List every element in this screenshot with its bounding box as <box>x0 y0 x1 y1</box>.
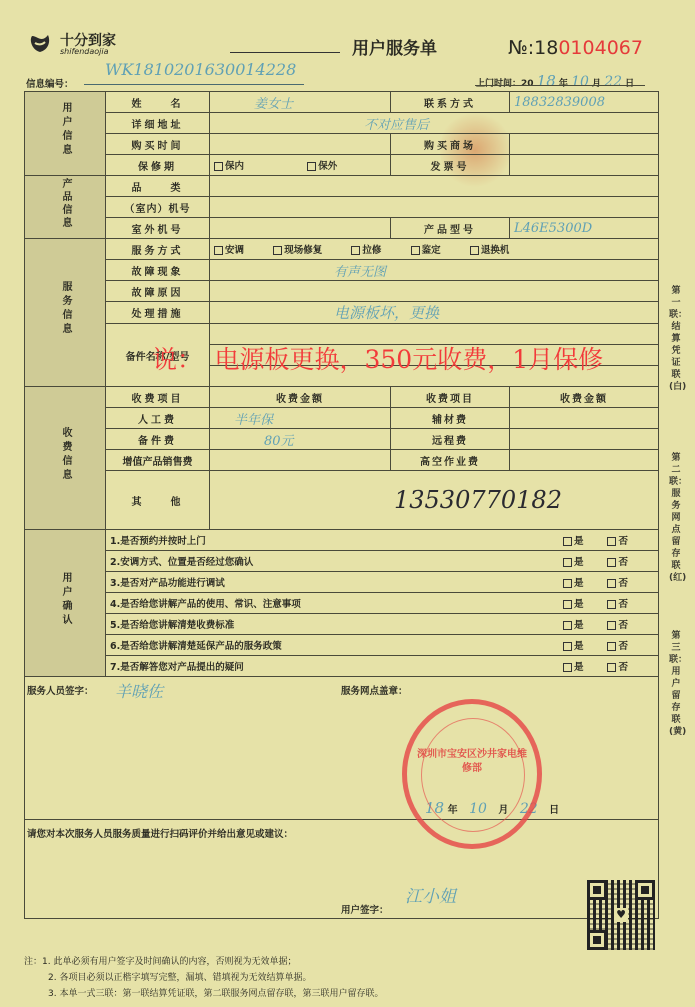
service-form-table: 用户信息 姓 名 姜女士 联系方式 18832839008 详细地址 不对应售后… <box>24 91 659 919</box>
checkbox-icon <box>411 246 420 255</box>
purchase-store-field[interactable] <box>510 134 659 155</box>
confirm-no-2[interactable]: 否 <box>607 557 628 568</box>
confirm-no-6[interactable]: 否 <box>607 641 628 652</box>
section-fee-info: 收费信息 <box>25 387 106 530</box>
vas-fee-field[interactable] <box>210 450 391 471</box>
stamp-text: 深圳市宝安区沙井家电维修部 <box>417 748 527 776</box>
side-label-copy-3: 第三联：用户留存联(黄) <box>669 630 683 738</box>
confirm-row-5: 5.是否给您讲解清楚收费标准是否 <box>106 614 659 635</box>
qr-finder-icon <box>587 930 607 950</box>
section-service-info: 服务信息 <box>25 239 106 387</box>
title-underline <box>230 52 340 53</box>
method-option-2[interactable]: 拉修 <box>351 245 381 256</box>
note-1: 注：1. 此单必须有用户签字及时间确认的内容，否则视为无效单据； <box>24 954 383 970</box>
checkbox-icon <box>563 642 572 651</box>
purchase-time-field[interactable] <box>210 134 391 155</box>
checkbox-icon <box>273 246 282 255</box>
name-field[interactable]: 姜女士 <box>210 92 391 113</box>
qr-finder-icon <box>587 880 607 900</box>
visit-month[interactable]: 10 <box>571 74 589 90</box>
confirm-yes-2[interactable]: 是 <box>563 557 584 568</box>
overlay-note: 说： 电源板更换，350元收费，1月保修 <box>152 340 603 376</box>
method-option-4[interactable]: 退换机 <box>470 245 510 256</box>
heart-icon: ♥ <box>614 908 628 922</box>
checkbox-icon <box>607 579 616 588</box>
confirm-yes-3[interactable]: 是 <box>563 578 584 589</box>
month-label: 月 <box>592 79 601 89</box>
symptom-label: 故障现象 <box>106 260 210 281</box>
confirm-no-3[interactable]: 否 <box>607 578 628 589</box>
warranty-label: 保修期 <box>106 155 210 176</box>
fee-item-header-1: 收费项目 <box>106 387 210 408</box>
indoor-unit-label: （室内）机号 <box>106 197 210 218</box>
method-option-0[interactable]: 安调 <box>214 245 244 256</box>
feedback-prompt: 请您对本次服务人员服务质量进行扫码评价并给出意见或建议： <box>27 826 293 840</box>
checkbox-icon <box>351 246 360 255</box>
side-label-copy-1: 第一联：结算凭证联(白) <box>669 285 683 393</box>
checkbox-icon <box>607 642 616 651</box>
signoff-area: 服务人员签字： 羊晓佐 服务网点盖章： 18 年 10 月 22 日 <box>25 677 659 820</box>
category-field[interactable] <box>210 176 659 197</box>
checkbox-icon <box>307 162 316 171</box>
checkbox-icon <box>214 246 223 255</box>
notes: 注：1. 此单必须有用户签字及时间确认的内容，否则视为无效单据； 2. 各项目必… <box>24 954 383 1002</box>
purchase-store-label: 购买商场 <box>391 134 510 155</box>
section-product-info: 产品信息 <box>25 176 106 239</box>
service-method-options: 安调 现场修复 拉修 鉴定 退换机 <box>210 239 659 260</box>
info-number-label: 信息编号： <box>26 79 74 90</box>
confirm-yes-4[interactable]: 是 <box>563 599 584 610</box>
checkbox-icon <box>563 537 572 546</box>
section-user-confirm: 用户确认 <box>25 530 106 677</box>
serial-number: №:180104067 <box>508 37 643 59</box>
measure-label: 处理措施 <box>106 302 210 324</box>
parts-fee-field[interactable]: 80元 <box>210 429 391 450</box>
outdoor-unit-field[interactable] <box>210 218 391 239</box>
checkbox-icon <box>607 558 616 567</box>
method-option-3[interactable]: 鉴定 <box>411 245 441 256</box>
header-rule <box>475 85 645 86</box>
info-number-row: 信息编号： <box>26 72 74 91</box>
vas-fee-label: 增值产品销售费 <box>106 450 210 471</box>
cause-label: 故障原因 <box>106 281 210 302</box>
visit-time-label: 上门时间：20 <box>476 79 534 89</box>
user-signature[interactable]: 江小姐 <box>405 882 456 907</box>
info-number-value[interactable]: WK1810201630014228 <box>105 60 296 79</box>
serial-prefix: №:18 <box>508 37 558 59</box>
remote-fee-label: 远程费 <box>391 429 510 450</box>
address-field[interactable]: 不对应售后 <box>210 113 659 134</box>
method-option-1[interactable]: 现场修复 <box>273 245 322 256</box>
service-stamp: 深圳市宝安区沙井家电维修部 <box>402 699 542 849</box>
indoor-unit-field[interactable] <box>210 197 659 218</box>
brand-logo-icon <box>28 30 52 54</box>
labor-fee-field[interactable]: 半年保 <box>210 408 391 429</box>
confirm-row-6: 6.是否给您讲解清楚延保产品的服务政策是否 <box>106 635 659 656</box>
contact-field[interactable]: 18832839008 <box>510 92 659 113</box>
confirm-row-3: 3.是否对产品功能进行调试是否 <box>106 572 659 593</box>
confirm-no-5[interactable]: 否 <box>607 620 628 631</box>
purchase-time-label: 购买时间 <box>106 134 210 155</box>
checkbox-icon <box>214 162 223 171</box>
checkbox-icon <box>563 621 572 630</box>
qr-code-icon[interactable]: ♥ <box>587 880 655 950</box>
other-fee-label: 其 他 <box>106 471 210 530</box>
visit-day[interactable]: 22 <box>604 74 622 90</box>
confirm-yes-6[interactable]: 是 <box>563 641 584 652</box>
user-sign-label: 用户签字： <box>341 902 389 916</box>
staff-sign-label: 服务人员签字： <box>27 683 94 697</box>
checkbox-icon <box>563 663 572 672</box>
category-label: 品 类 <box>106 176 210 197</box>
outdoor-unit-label: 室外机号 <box>106 218 210 239</box>
checkbox-icon <box>563 579 572 588</box>
measure-field[interactable]: 电源板坏，更换 <box>210 302 659 324</box>
serial-red: 0104067 <box>558 37 643 59</box>
confirm-no-7[interactable]: 否 <box>607 662 628 673</box>
checkbox-icon <box>563 600 572 609</box>
stamp-label: 服务网点盖章： <box>341 683 408 697</box>
checkbox-icon <box>607 537 616 546</box>
visit-time: 上门时间：20 18 年 10 月 22 日 <box>476 72 634 90</box>
checkbox-icon <box>607 621 616 630</box>
confirm-row-1: 1.是否预约并按时上门是否 <box>106 530 659 551</box>
fee-amount-header-2: 收费金额 <box>510 387 659 408</box>
aux-fee-label: 辅材费 <box>391 408 510 429</box>
checkbox-icon <box>563 558 572 567</box>
model-field[interactable]: L46E5300D <box>510 218 659 239</box>
confirm-yes-1[interactable]: 是 <box>563 536 584 547</box>
fee-amount-header-1: 收费金额 <box>210 387 391 408</box>
remote-fee-field[interactable] <box>510 429 659 450</box>
note-2: 2. 各项目必须以正楷字填写完整，漏填、错填视为无效结算单据。 <box>24 970 383 986</box>
checkbox-icon <box>607 663 616 672</box>
aerial-fee-field[interactable] <box>510 450 659 471</box>
confirm-no-4[interactable]: 否 <box>607 599 628 610</box>
confirm-yes-7[interactable]: 是 <box>563 662 584 673</box>
info-number-line <box>84 84 304 85</box>
invoice-label: 发票号 <box>391 155 510 176</box>
qr-finder-icon <box>635 880 655 900</box>
aerial-fee-label: 高空作业费 <box>391 450 510 471</box>
model-label: 产品型号 <box>391 218 510 239</box>
symptom-field[interactable]: 有声无图 <box>210 260 659 281</box>
contact-label: 联系方式 <box>391 92 510 113</box>
side-label-copy-2: 第二联：服务网点留存联(红) <box>669 452 683 584</box>
confirm-no-1[interactable]: 否 <box>607 536 628 547</box>
fee-item-header-2: 收费项目 <box>391 387 510 408</box>
staff-signature[interactable]: 羊晓佐 <box>115 679 163 702</box>
service-method-label: 服务方式 <box>106 239 210 260</box>
day-label: 日 <box>625 79 634 89</box>
visit-year[interactable]: 18 <box>537 72 556 90</box>
feedback-area: 请您对本次服务人员服务质量进行扫码评价并给出意见或建议： 用户签字： 江小姐 <box>25 820 659 919</box>
note-3: 3. 本单一式三联：第一联结算凭证联，第二联服务网点留存联，第三联用户留存联。 <box>24 986 383 1002</box>
brand-name-en: shifendaojia <box>60 47 109 56</box>
invoice-field[interactable] <box>510 155 659 176</box>
section-user-info: 用户信息 <box>25 92 106 176</box>
parts-fee-label: 备件费 <box>106 429 210 450</box>
checkbox-icon <box>607 600 616 609</box>
address-label: 详细地址 <box>106 113 210 134</box>
warranty-options: 保内 保外 <box>210 155 391 176</box>
cause-field[interactable] <box>210 281 659 302</box>
checkbox-icon <box>470 246 479 255</box>
confirm-yes-5[interactable]: 是 <box>563 620 584 631</box>
confirm-row-4: 4.是否给您讲解产品的使用、常识、注意事项是否 <box>106 593 659 614</box>
confirm-row-7: 7.是否解答您对产品提出的疑问是否 <box>106 656 659 677</box>
confirm-row-2: 2.安调方式、位置是否经过您确认是否 <box>106 551 659 572</box>
page-title: 用户服务单 <box>352 34 437 59</box>
labor-fee-label: 人工费 <box>106 408 210 429</box>
warranty-in-checkbox[interactable]: 保内 <box>214 161 244 172</box>
aux-fee-field[interactable] <box>510 408 659 429</box>
year-label: 年 <box>559 79 568 89</box>
other-fee-field[interactable]: 13530770182 <box>210 471 659 530</box>
warranty-out-checkbox[interactable]: 保外 <box>307 161 337 172</box>
name-label: 姓 名 <box>106 92 210 113</box>
